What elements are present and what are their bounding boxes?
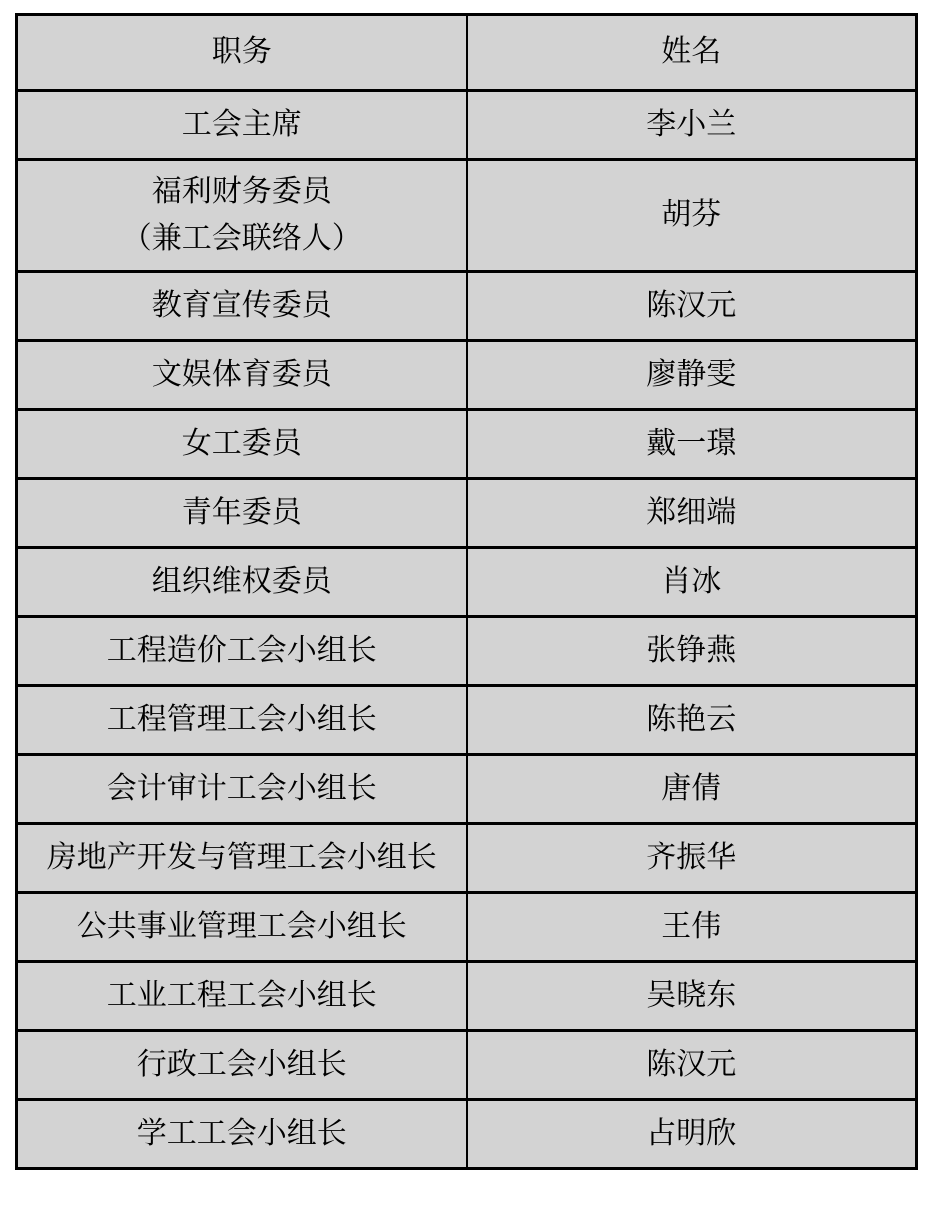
name-cell: 王伟 [467,893,917,962]
header-name: 姓名 [467,15,917,91]
position-cell: 教育宣传委员 [17,272,467,341]
table-row: 文娱体育委员廖静雯 [17,341,917,410]
name-cell: 胡芬 [467,160,917,272]
position-cell: 文娱体育委员 [17,341,467,410]
position-cell: 青年委员 [17,479,467,548]
position-cell: 会计审计工会小组长 [17,755,467,824]
position-cell: 工程造价工会小组长 [17,617,467,686]
position-cell: 房地产开发与管理工会小组长 [17,824,467,893]
name-cell: 吴晓东 [467,962,917,1031]
position-cell: 工会主席 [17,91,467,160]
union-committee-table: 职务 姓名 工会主席李小兰福利财务委员 （兼工会联络人）胡芬教育宣传委员陈汉元文… [15,13,918,1170]
table-row: 青年委员郑细端 [17,479,917,548]
table-row: 工程造价工会小组长张铮燕 [17,617,917,686]
name-cell: 郑细端 [467,479,917,548]
name-cell: 廖静雯 [467,341,917,410]
table-row: 公共事业管理工会小组长王伟 [17,893,917,962]
table-row: 工会主席李小兰 [17,91,917,160]
position-cell: 组织维权委员 [17,548,467,617]
header-position: 职务 [17,15,467,91]
committee-roster-container: 职务 姓名 工会主席李小兰福利财务委员 （兼工会联络人）胡芬教育宣传委员陈汉元文… [15,13,918,1170]
table-row: 行政工会小组长陈汉元 [17,1031,917,1100]
table-row: 房地产开发与管理工会小组长齐振华 [17,824,917,893]
position-cell: 女工委员 [17,410,467,479]
position-cell: 福利财务委员 （兼工会联络人） [17,160,467,272]
table-row: 学工工会小组长占明欣 [17,1100,917,1169]
name-cell: 陈艳云 [467,686,917,755]
position-cell: 学工工会小组长 [17,1100,467,1169]
header-row: 职务 姓名 [17,15,917,91]
table-row: 福利财务委员 （兼工会联络人）胡芬 [17,160,917,272]
name-cell: 陈汉元 [467,1031,917,1100]
table-row: 会计审计工会小组长唐倩 [17,755,917,824]
position-cell: 公共事业管理工会小组长 [17,893,467,962]
name-cell: 唐倩 [467,755,917,824]
table-row: 教育宣传委员陈汉元 [17,272,917,341]
position-cell: 行政工会小组长 [17,1031,467,1100]
table-row: 工业工程工会小组长吴晓东 [17,962,917,1031]
position-cell: 工程管理工会小组长 [17,686,467,755]
name-cell: 陈汉元 [467,272,917,341]
name-cell: 肖冰 [467,548,917,617]
position-cell: 工业工程工会小组长 [17,962,467,1031]
name-cell: 戴一璟 [467,410,917,479]
name-cell: 李小兰 [467,91,917,160]
name-cell: 齐振华 [467,824,917,893]
table-row: 女工委员戴一璟 [17,410,917,479]
name-cell: 张铮燕 [467,617,917,686]
name-cell: 占明欣 [467,1100,917,1169]
table-row: 工程管理工会小组长陈艳云 [17,686,917,755]
table-row: 组织维权委员肖冰 [17,548,917,617]
